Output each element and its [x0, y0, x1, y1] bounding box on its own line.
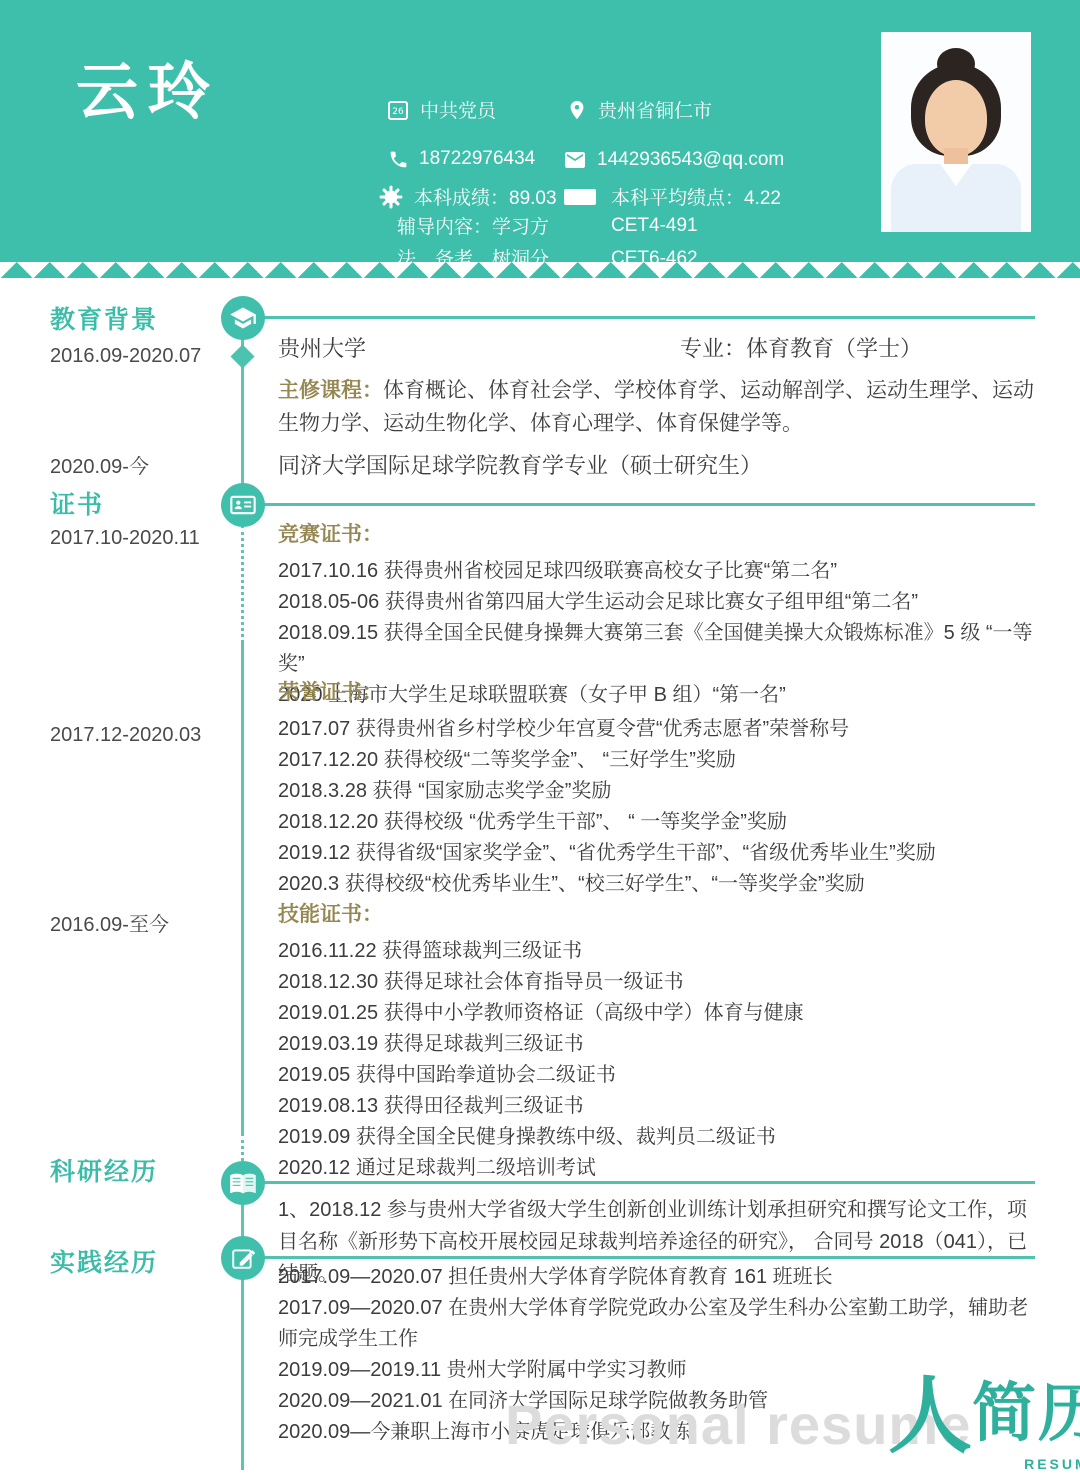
education-entry: 贵州大学 专业：体育教育（学士）	[278, 332, 1038, 363]
email-address: 1442936543@qq.com	[597, 149, 784, 171]
section-title-practice: 实践经历	[50, 1243, 158, 1279]
graduation-cap-icon	[229, 304, 257, 332]
email: 1442936543@qq.com	[563, 148, 784, 172]
card-icon	[563, 186, 597, 208]
certificates-date-1: 2017.10-2020.11	[50, 527, 200, 550]
cert-item: 2019.12 获得省级“国家奖学金”、“省优秀学生干部”、“省级优秀毕业生”奖…	[278, 838, 1038, 869]
undergrad-score: 本科成绩：89.03	[378, 183, 557, 210]
education-block: 贵州大学 专业：体育教育（学士） 主修课程：体育概论、体育社会学、学校体育学、运…	[278, 332, 1038, 480]
brand-logo: 人简历 RESUME	[888, 1362, 1080, 1458]
courses-label: 主修课程：	[278, 379, 383, 402]
practice-item: 2017.09—2020.07 在贵州大学体育学院党政办公室及学生科办公室勤工助…	[278, 1293, 1038, 1355]
cert-item: 2017.07 获得贵州省乡村学校少年宫夏令营“优秀志愿者”荣誉称号	[278, 714, 1038, 745]
cert-item: 2020.12 通过足球裁判二级培训考试	[278, 1153, 1038, 1184]
cert-item: 2019.03.19 获得足球裁判三级证书	[278, 1029, 1038, 1060]
cert-item: 2020.3 获得校级“校优秀毕业生”、“校三好学生”、“一等奖学金”奖励	[278, 869, 1038, 900]
cert-item: 2018.09.15 获得全国全民健身操舞大赛第三套《全国健美操大众锻炼标准》5…	[278, 618, 1038, 680]
honor-certs-block: 荣誉证书： 2017.07 获得贵州省乡村学校少年宫夏令营“优秀志愿者”荣誉称号…	[278, 676, 1038, 900]
practice-item: 2017.09—2020.07 担任贵州大学体育学院体育教育 161 班班长	[278, 1262, 1038, 1293]
education-rule	[262, 316, 1035, 319]
section-title-education: 教育背景	[50, 300, 158, 336]
section-title-certificates: 证书	[50, 485, 104, 521]
pencil-square-icon	[230, 1245, 256, 1271]
group-heading: 技能证书：	[278, 898, 1038, 928]
group-heading: 竞赛证书：	[278, 518, 1038, 548]
education-node	[221, 296, 265, 340]
logo-person-glyph: 人	[888, 1369, 972, 1463]
cert-item: 2018.05-06 获得贵州省第四届大学生运动会足球比赛女子组甲组“第二名”	[278, 587, 1038, 618]
certificates-date-2: 2017.12-2020.03	[50, 724, 201, 747]
courses-text: 体育概论、体育社会学、学校体育学、运动解剖学、运动生理学、运动生物力学、运动生物…	[278, 379, 1034, 435]
header-band: 云玲 26 中共党员 贵州省铜仁市 18722976434 1442936	[0, 0, 1080, 262]
logo-text: 简历	[972, 1377, 1080, 1449]
cert-item: 2019.08.13 获得田径裁判三级证书	[278, 1091, 1038, 1122]
party-membership: 26 中共党员	[386, 96, 496, 123]
certificates-date-3: 2016.09-至今	[50, 908, 169, 937]
phone-number: 18722976434	[419, 148, 535, 170]
cert-item: 2019.05 获得中国跆拳道协会二级证书	[278, 1060, 1038, 1091]
photo-face	[925, 80, 987, 156]
badge-flower-icon	[378, 184, 404, 210]
section-title-research: 科研经历	[50, 1152, 158, 1188]
certificates-node	[221, 483, 265, 527]
profile-photo	[881, 32, 1031, 232]
cert-item: 2018.3.28 获得 “国家励志奖学金”奖励	[278, 776, 1038, 807]
phone: 18722976434	[388, 148, 535, 170]
candidate-name: 云玲	[76, 42, 220, 131]
group-heading: 荣誉证书：	[278, 676, 1038, 706]
cert-item: 2017.12.20 获得校级“二等奖学金”、 “三好学生”奖励	[278, 745, 1038, 776]
party-label: 中共党员	[420, 96, 496, 123]
gpa-label: 本科平均绩点：4.22	[611, 183, 781, 210]
courses-line: 主修课程：体育概论、体育社会学、学校体育学、运动解剖学、运动生理学、运动生物力学…	[278, 374, 1038, 440]
certificates-rule	[262, 503, 1035, 506]
svg-text:26: 26	[392, 107, 404, 117]
location-label: 贵州省铜仁市	[598, 96, 712, 123]
cert-item: 2018.12.30 获得足球社会体育指导员一级证书	[278, 967, 1038, 998]
timeline-segment	[241, 643, 244, 1133]
cert-item: 2019.09 获得全国全民健身操教练中级、裁判员二级证书	[278, 1122, 1038, 1153]
mail-icon	[563, 148, 587, 172]
cert-item: 2016.11.22 获得篮球裁判三级证书	[278, 936, 1038, 967]
research-node	[221, 1161, 265, 1205]
major-label: 专业：体育教育（学士）	[680, 332, 922, 363]
resume-page: 云玲 26 中共党员 贵州省铜仁市 18722976434 1442936	[0, 0, 1080, 1484]
timeline-segment	[241, 1179, 244, 1470]
header-zigzag-edge	[0, 262, 1080, 278]
skill-certs-block: 技能证书： 2016.11.22 获得篮球裁判三级证书 2018.12.30 获…	[278, 898, 1038, 1184]
photo-hair-bun	[937, 48, 975, 80]
tutoring-content: 辅导内容：学习方法、备考、树洞分享	[397, 212, 559, 308]
education-date-1: 2016.09-2020.07	[50, 345, 201, 368]
practice-node	[221, 1236, 265, 1280]
id-card-icon	[229, 491, 257, 519]
cet4-score: CET4-491	[611, 215, 698, 237]
calendar-icon: 26	[386, 98, 410, 122]
timeline-diamond	[230, 344, 254, 368]
timeline-segment-dotted	[241, 525, 244, 643]
logo-subtext: RESUME	[1024, 1456, 1080, 1472]
cert-item: 2017.10.16 获得贵州省校园足球四级联赛高校女子比赛“第二名”	[278, 556, 1038, 587]
location-pin-icon	[566, 99, 588, 121]
undergrad-score-label: 本科成绩：89.03	[414, 183, 557, 210]
gpa: 本科平均绩点：4.22	[563, 183, 781, 210]
school-name: 贵州大学	[278, 336, 366, 361]
education-entry: 同济大学国际足球学院教育学专业（硕士研究生）	[278, 449, 1038, 480]
phone-icon	[388, 149, 409, 170]
location: 贵州省铜仁市	[566, 96, 712, 123]
cert-item: 2018.12.20 获得校级 “优秀学生干部”、 “ 一等奖学金”奖励	[278, 807, 1038, 838]
cert-item: 2019.01.25 获得中小学教师资格证（高级中学）体育与健康	[278, 998, 1038, 1029]
education-date-2: 2020.09-今	[50, 450, 149, 479]
open-book-icon	[229, 1169, 257, 1197]
